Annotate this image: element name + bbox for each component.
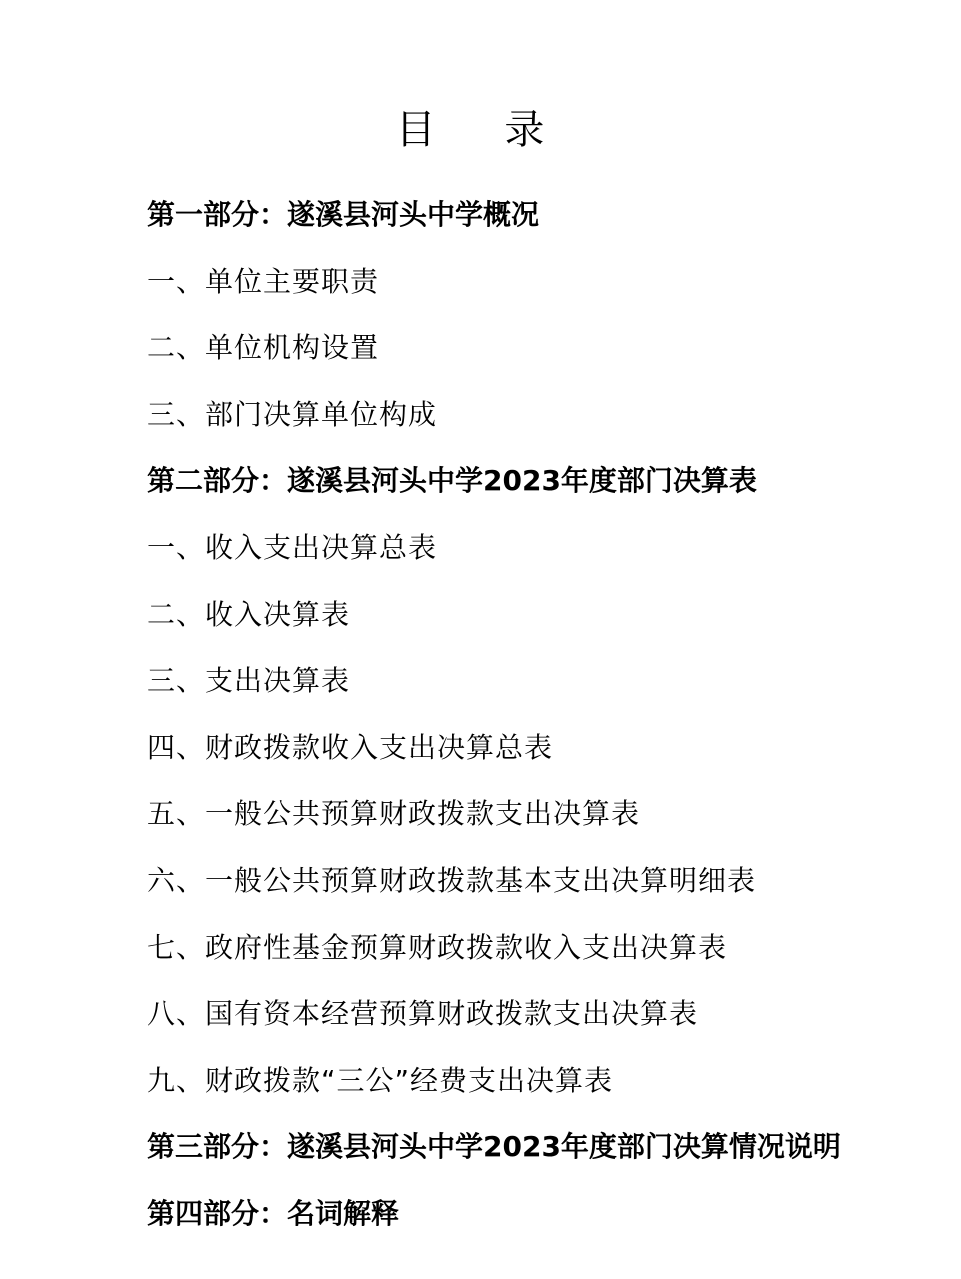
toc-part-2: 第二部分：遂溪县河头中学2023年度部门决算表 [147, 458, 841, 525]
table-of-contents: 第一部分：遂溪县河头中学概况 一、单位主要职责 二、单位机构设置 三、部门决算单… [147, 192, 841, 1258]
toc-item: 二、单位机构设置 [147, 325, 841, 392]
toc-title: 目 录 [0, 104, 961, 156]
toc-part-1: 第一部分：遂溪县河头中学概况 [147, 192, 841, 259]
document-page: 目 录 第一部分：遂溪县河头中学概况 一、单位主要职责 二、单位机构设置 三、部… [0, 0, 961, 1279]
toc-item: 一、单位主要职责 [147, 259, 841, 326]
toc-item: 六、一般公共预算财政拨款基本支出决算明细表 [147, 858, 841, 925]
toc-item: 九、财政拨款“三公”经费支出决算表 [147, 1058, 841, 1125]
toc-item: 四、财政拨款收入支出决算总表 [147, 725, 841, 792]
toc-item: 三、支出决算表 [147, 658, 841, 725]
toc-item: 三、部门决算单位构成 [147, 392, 841, 459]
toc-item: 七、政府性基金预算财政拨款收入支出决算表 [147, 925, 841, 992]
toc-item: 八、国有资本经营预算财政拨款支出决算表 [147, 991, 841, 1058]
toc-item: 五、一般公共预算财政拨款支出决算表 [147, 791, 841, 858]
toc-part-3: 第三部分：遂溪县河头中学2023年度部门决算情况说明 [147, 1124, 841, 1191]
toc-part-4: 第四部分：名词解释 [147, 1191, 841, 1258]
toc-item: 一、收入支出决算总表 [147, 525, 841, 592]
toc-item: 二、收入决算表 [147, 592, 841, 659]
